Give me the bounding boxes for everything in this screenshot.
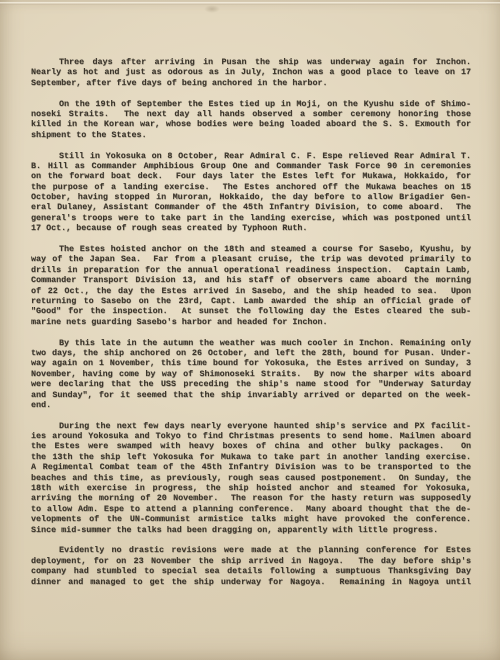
text-line: two days, the ship anchored on 26 Octobe… [31, 348, 471, 358]
paragraph: During the next few days nearly everyone… [31, 421, 471, 535]
text-line: The Estes hoisted anchor on the 18th and… [31, 244, 471, 254]
paragraph: Three days after arriving in Pusan the s… [31, 57, 471, 88]
text-line: velopments of the UN-Communist armistice… [31, 514, 471, 524]
text-line: killed in the Korean war, whose bodies w… [31, 119, 471, 129]
text-line: Evidently no drastic revisions were made… [31, 545, 471, 555]
text-line: B. Hill as Commander Amphibious Group On… [31, 161, 471, 171]
text-line: beaches and this time, as previously, ro… [31, 473, 471, 483]
text-line: end. [31, 400, 471, 410]
text-line: to allow Adm. Espe to attend a planning … [31, 504, 471, 514]
text-line: the purpose of a landing exercise. The E… [31, 182, 471, 192]
text-line: On the 19th of September the Estes tied … [31, 99, 471, 109]
text-line: the Estes were swamped with heavy boxes … [31, 441, 471, 451]
paragraph: Evidently no drastic revisions were made… [31, 545, 471, 587]
text-line: shipment to the States. [31, 130, 471, 140]
text-line: way again on 1 November, this time bound… [31, 358, 471, 368]
text-line: were declaring that the USS preceding th… [31, 379, 471, 389]
paragraph: By this late in the autumn the weather w… [31, 338, 471, 411]
paragraph: Still in Yokosuka on 8 October, Rear Adm… [31, 151, 471, 234]
text-line: deployment, for on 23 November the ship … [31, 556, 471, 566]
text-line: eral Dulaney, Assistant Commander of the… [31, 202, 471, 212]
text-line: By this late in the autumn the weather w… [31, 338, 471, 348]
paper-smudge [204, 5, 220, 13]
text-line: company had stumbled to special sea deta… [31, 566, 471, 576]
typewritten-text-block: Three days after arriving in Pusan the s… [31, 57, 471, 587]
text-line: During the next few days nearly everyone… [31, 421, 471, 431]
text-line: on the forward boat deck. Four days late… [31, 171, 471, 181]
text-line: of 22 Oct., the day the Estes arrived in… [31, 286, 471, 296]
text-line: way of the Japan Sea. Far from a pleasan… [31, 254, 471, 264]
text-line: Commander Transport Division 13, and his… [31, 275, 471, 285]
text-line: 18th with exercise in progress, the ship… [31, 483, 471, 493]
text-line: October, having stopped in Muroran, Hokk… [31, 192, 471, 202]
text-line: marine nets guarding Sasebo's harbor and… [31, 317, 471, 327]
text-line: and Sunday", for it seemed that the ship… [31, 390, 471, 400]
text-line: general's troops were to take part in th… [31, 213, 471, 223]
text-line: Three days after arriving in Pusan the s… [31, 57, 471, 67]
text-line: noseki Straits. The next day all hands o… [31, 109, 471, 119]
text-line: the 13th the ship left Yokosuka for Muka… [31, 452, 471, 462]
text-line: dinner and managed to get the ship under… [31, 577, 471, 587]
text-line: A Regimental Combat team of the 45th Inf… [31, 462, 471, 472]
text-line: Nearly as hot and just as odorous as in … [31, 67, 471, 77]
text-line: 17 Oct., because of rough seas created b… [31, 223, 471, 233]
text-line: November, having come by way of Shimonos… [31, 369, 471, 379]
paragraph: On the 19th of September the Estes tied … [31, 99, 471, 141]
paper-top-edge [0, 2, 500, 5]
document-page: Three days after arriving in Pusan the s… [0, 0, 500, 660]
text-line: Still in Yokosuka on 8 October, Rear Adm… [31, 151, 471, 161]
text-line: "Good" for the inspection. At sunset the… [31, 306, 471, 316]
text-line: September, after five days of being anch… [31, 78, 471, 88]
text-line: ies around Yokosuka and Tokyo to find Ch… [31, 431, 471, 441]
text-line: drills in preparation for the annual ope… [31, 265, 471, 275]
text-line: arriving the morning of 20 November. The… [31, 493, 471, 503]
text-line: returning to Sasebo on the 23rd, Capt. L… [31, 296, 471, 306]
text-line: Since mid-summer the talks had been drag… [31, 525, 471, 535]
paragraph: The Estes hoisted anchor on the 18th and… [31, 244, 471, 327]
